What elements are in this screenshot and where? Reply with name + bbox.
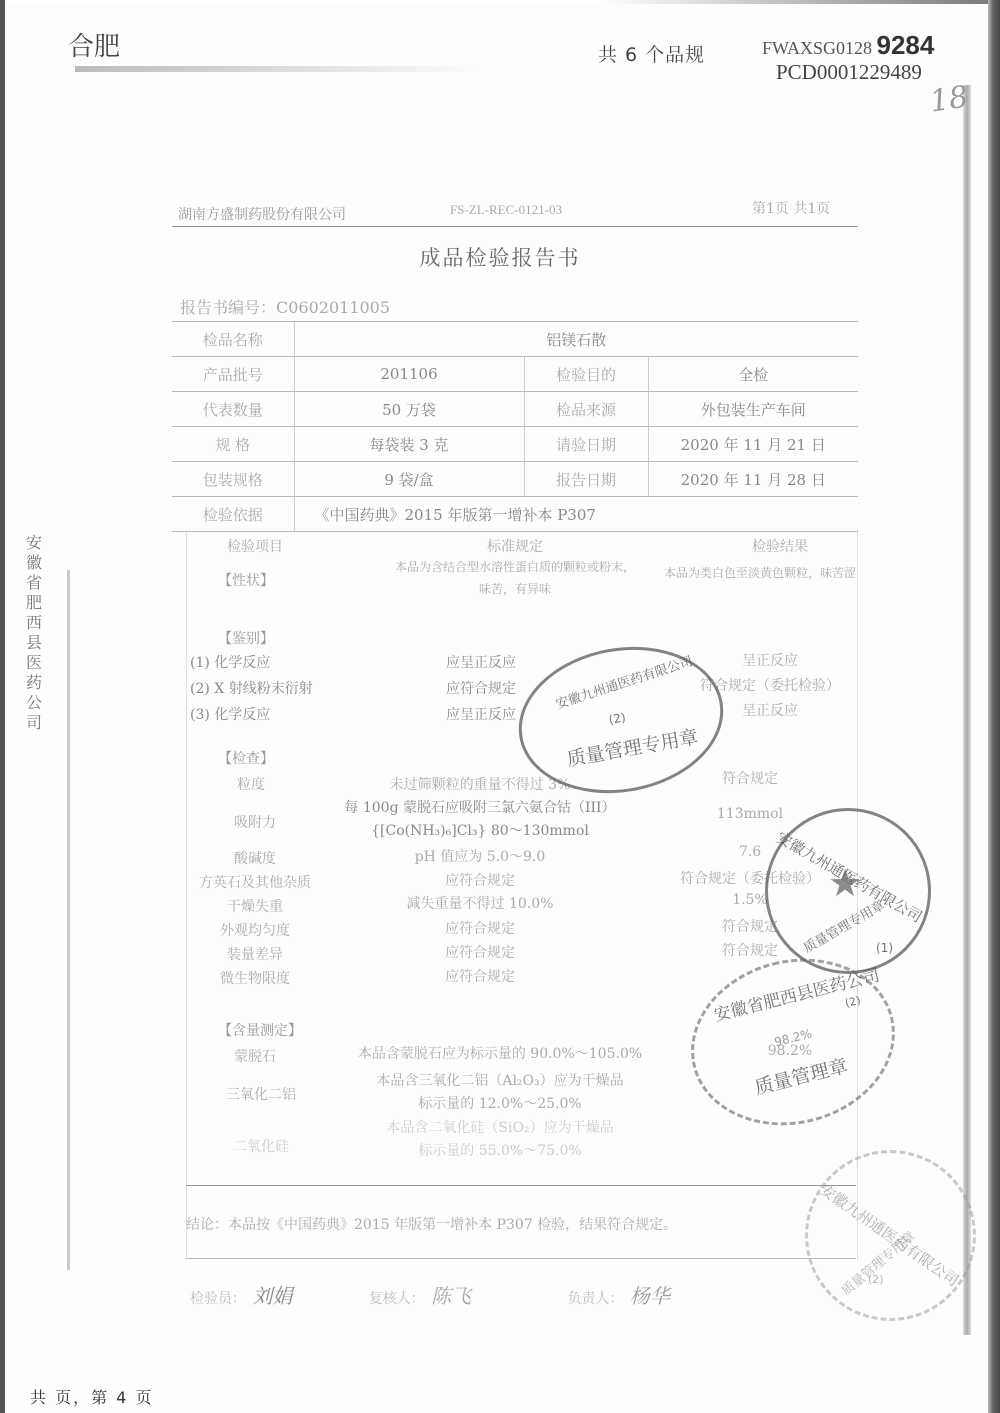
reviewer-label: 复核人： [369,1291,425,1307]
standard-cell: {[Co(NH₃)₆]Cl₃} 80～130mmol [300,820,660,840]
info-row: 代表数量 50 万袋 检品来源 外包装生产车间 [172,392,858,427]
stamp-number: (2) [844,994,862,1010]
star-icon: ★ [828,861,862,905]
item-cell: 蒙脱石 [180,1046,330,1066]
info-label: 检验依据 [172,497,294,532]
reviewer-signature: 陈飞 [431,1284,471,1308]
result-cell: 符合规定 [660,768,840,788]
standard-cell: 减失重量不得过 10.0% [300,893,660,913]
standard-cell: 标示量的 55.0%～75.0% [320,1140,680,1160]
item-cell: (3) 化学反应 [190,704,270,724]
standard-cell: 每 100g 蒙脱石应吸附三氯六氨合钴（III） [300,797,660,817]
left-fold-shadow [67,570,70,1270]
report-company: 湖南方盛制药股份有限公司 [178,204,346,224]
report-page-indicator: 第1页 共1页 [752,198,830,218]
info-value: 50 万袋 [294,392,524,427]
signature-line: 检验员： 刘娟 复核人： 陈飞 负责人： 杨华 [190,1280,670,1309]
info-label: 代表数量 [172,392,294,427]
signature-rule [186,1258,856,1259]
info-label: 检验目的 [524,357,648,392]
standard-cell: 应呈正反应 [446,704,516,724]
standard-cell: pH 值应为 5.0～9.0 [300,846,660,866]
info-value: 《中国药典》2015 年版第一增补本 P307 [294,497,858,532]
stamp-overlap-value: 98.2% [773,1026,813,1049]
page-footer: 共 页，第 4 页 [30,1385,153,1408]
section-inspection: 【检查】 [218,748,274,768]
standard-cell: 应符合规定 [300,942,660,962]
result-cell: 本品为类白色至淡黄色颗粒，味苦涩 [660,564,860,581]
stamp-number: (2) [868,1273,884,1286]
info-label: 报告日期 [524,462,648,497]
side-company-label: 安徽省肥西县医药公司 [24,533,44,733]
stamp-ring-text: 安徽九州通医药有限公司 [553,650,695,712]
tracking-code-suffix: 9284 [877,30,935,60]
stamp-number: (2) [608,710,627,727]
approver-label: 负责人： [567,1291,623,1307]
info-row: 包装规格 9 袋/盒 报告日期 2020 年 11 月 28 日 [172,462,858,497]
tracking-code: FWAXSG0128 9284 [762,30,934,61]
standard-cell: 本品含二氧化硅（SiO₂）应为干燥品 [320,1117,680,1137]
report-number: 报告书编号：C0602011005 [180,295,390,318]
spec-count: 共 6 个品规 [598,40,705,67]
handwritten-page-number: 18 [928,80,971,120]
standard-cell: 标示量的 12.0%～25.0% [320,1093,680,1113]
conclusion-rule [186,1185,856,1186]
inspector-label: 检验员： [190,1291,246,1307]
info-label: 请验日期 [524,427,648,462]
report-title: 成品检验报告书 [0,242,1000,272]
standard-cell: 应符合规定 [300,918,660,938]
section-appearance: 【性状】 [218,570,274,590]
standard-cell: 应符合规定 [446,678,516,698]
info-label: 产品批号 [172,357,294,392]
info-label: 包装规格 [172,462,294,497]
info-value: 2020 年 11 月 28 日 [648,462,858,497]
tracking-code-prefix: FWAXSG0128 [762,38,872,58]
section-identification: 【鉴别】 [218,628,274,648]
quality-stamp-3: 安徽九州通医药有限公司 质量管理专用章 (2) [805,1150,976,1321]
section-assay: 【含量测定】 [218,1020,302,1040]
info-label: 规 格 [172,427,294,462]
info-row: 产品批号 201106 检验目的 全检 [172,357,858,392]
info-table: 检品名称 铝镁石散 产品批号 201106 检验目的 全检 代表数量 50 万袋… [172,321,858,532]
info-value: 201106 [294,357,524,392]
col-header-result: 检验结果 [690,536,870,556]
item-cell: (1) 化学反应 [190,652,270,672]
info-label: 检品来源 [524,392,648,427]
col-header-standard: 标准规定 [335,536,695,556]
standard-cell: 本品含三氧化二铝（Al₂O₃）应为干燥品 [320,1070,680,1090]
info-value: 外包装生产车间 [648,392,858,427]
standard-cell: 味苦，有异味 [335,580,695,597]
standard-cell: 应符合规定 [300,966,660,986]
inspector-signature: 刘娟 [252,1284,292,1308]
city-label: 合肥 [68,26,120,63]
info-row: 检验依据 《中国药典》2015 年版第一增补本 P307 [172,497,858,532]
standard-cell: 本品为含结合型水溶性蛋白质的颗粒或粉末， [335,558,695,575]
item-cell: 二氧化硅 [186,1136,336,1156]
result-cell: 呈正反应 [680,650,860,670]
standard-cell: 应符合规定 [300,870,660,890]
standard-cell: 本品含蒙脱石应为标示量的 90.0%～105.0% [320,1043,680,1063]
info-value: 铝镁石散 [294,322,858,357]
stamp-center-text: 质量管理专用章 [565,722,701,772]
header-rule [172,226,858,227]
stamp-number: (1) [876,941,893,955]
stamp-center-text: 质量管理章 [752,1051,851,1100]
page-fold-shadow [963,85,971,1335]
scan-shade [0,0,1000,4]
item-cell: 三氧化二铝 [186,1084,336,1104]
scan-right-edge [988,0,1000,1413]
scan-left-edge [0,0,5,1413]
info-value: 2020 年 11 月 21 日 [648,427,858,462]
info-value: 9 袋/盒 [294,462,524,497]
stamp-ring-text: 安徽九州通医药有限公司 [816,1179,963,1291]
pcd-code: PCD0001229489 [776,60,922,85]
info-label: 检品名称 [172,322,294,357]
header-underline [75,66,475,72]
report-doc-code: FS-ZL-REC-0121-03 [450,202,562,218]
info-value: 每袋装 3 克 [294,427,524,462]
col-header-item: 检验项目 [180,536,330,556]
info-value: 全检 [648,357,858,392]
conclusion-text: 结论：本品按《中国药典》2015 年版第一增补本 P307 检验，结果符合规定。 [186,1214,677,1234]
item-cell: (2) X 射线粉末衍射 [190,678,313,698]
quality-stamp-1: 安徽九州通医药有限公司 ★ 质量管理专用章 (1) [765,808,931,974]
standard-cell: 应呈正反应 [446,652,516,672]
approver-signature: 杨华 [630,1284,670,1308]
info-row: 规 格 每袋装 3 克 请验日期 2020 年 11 月 21 日 [172,427,858,462]
info-row: 检品名称 铝镁石散 [172,322,858,357]
